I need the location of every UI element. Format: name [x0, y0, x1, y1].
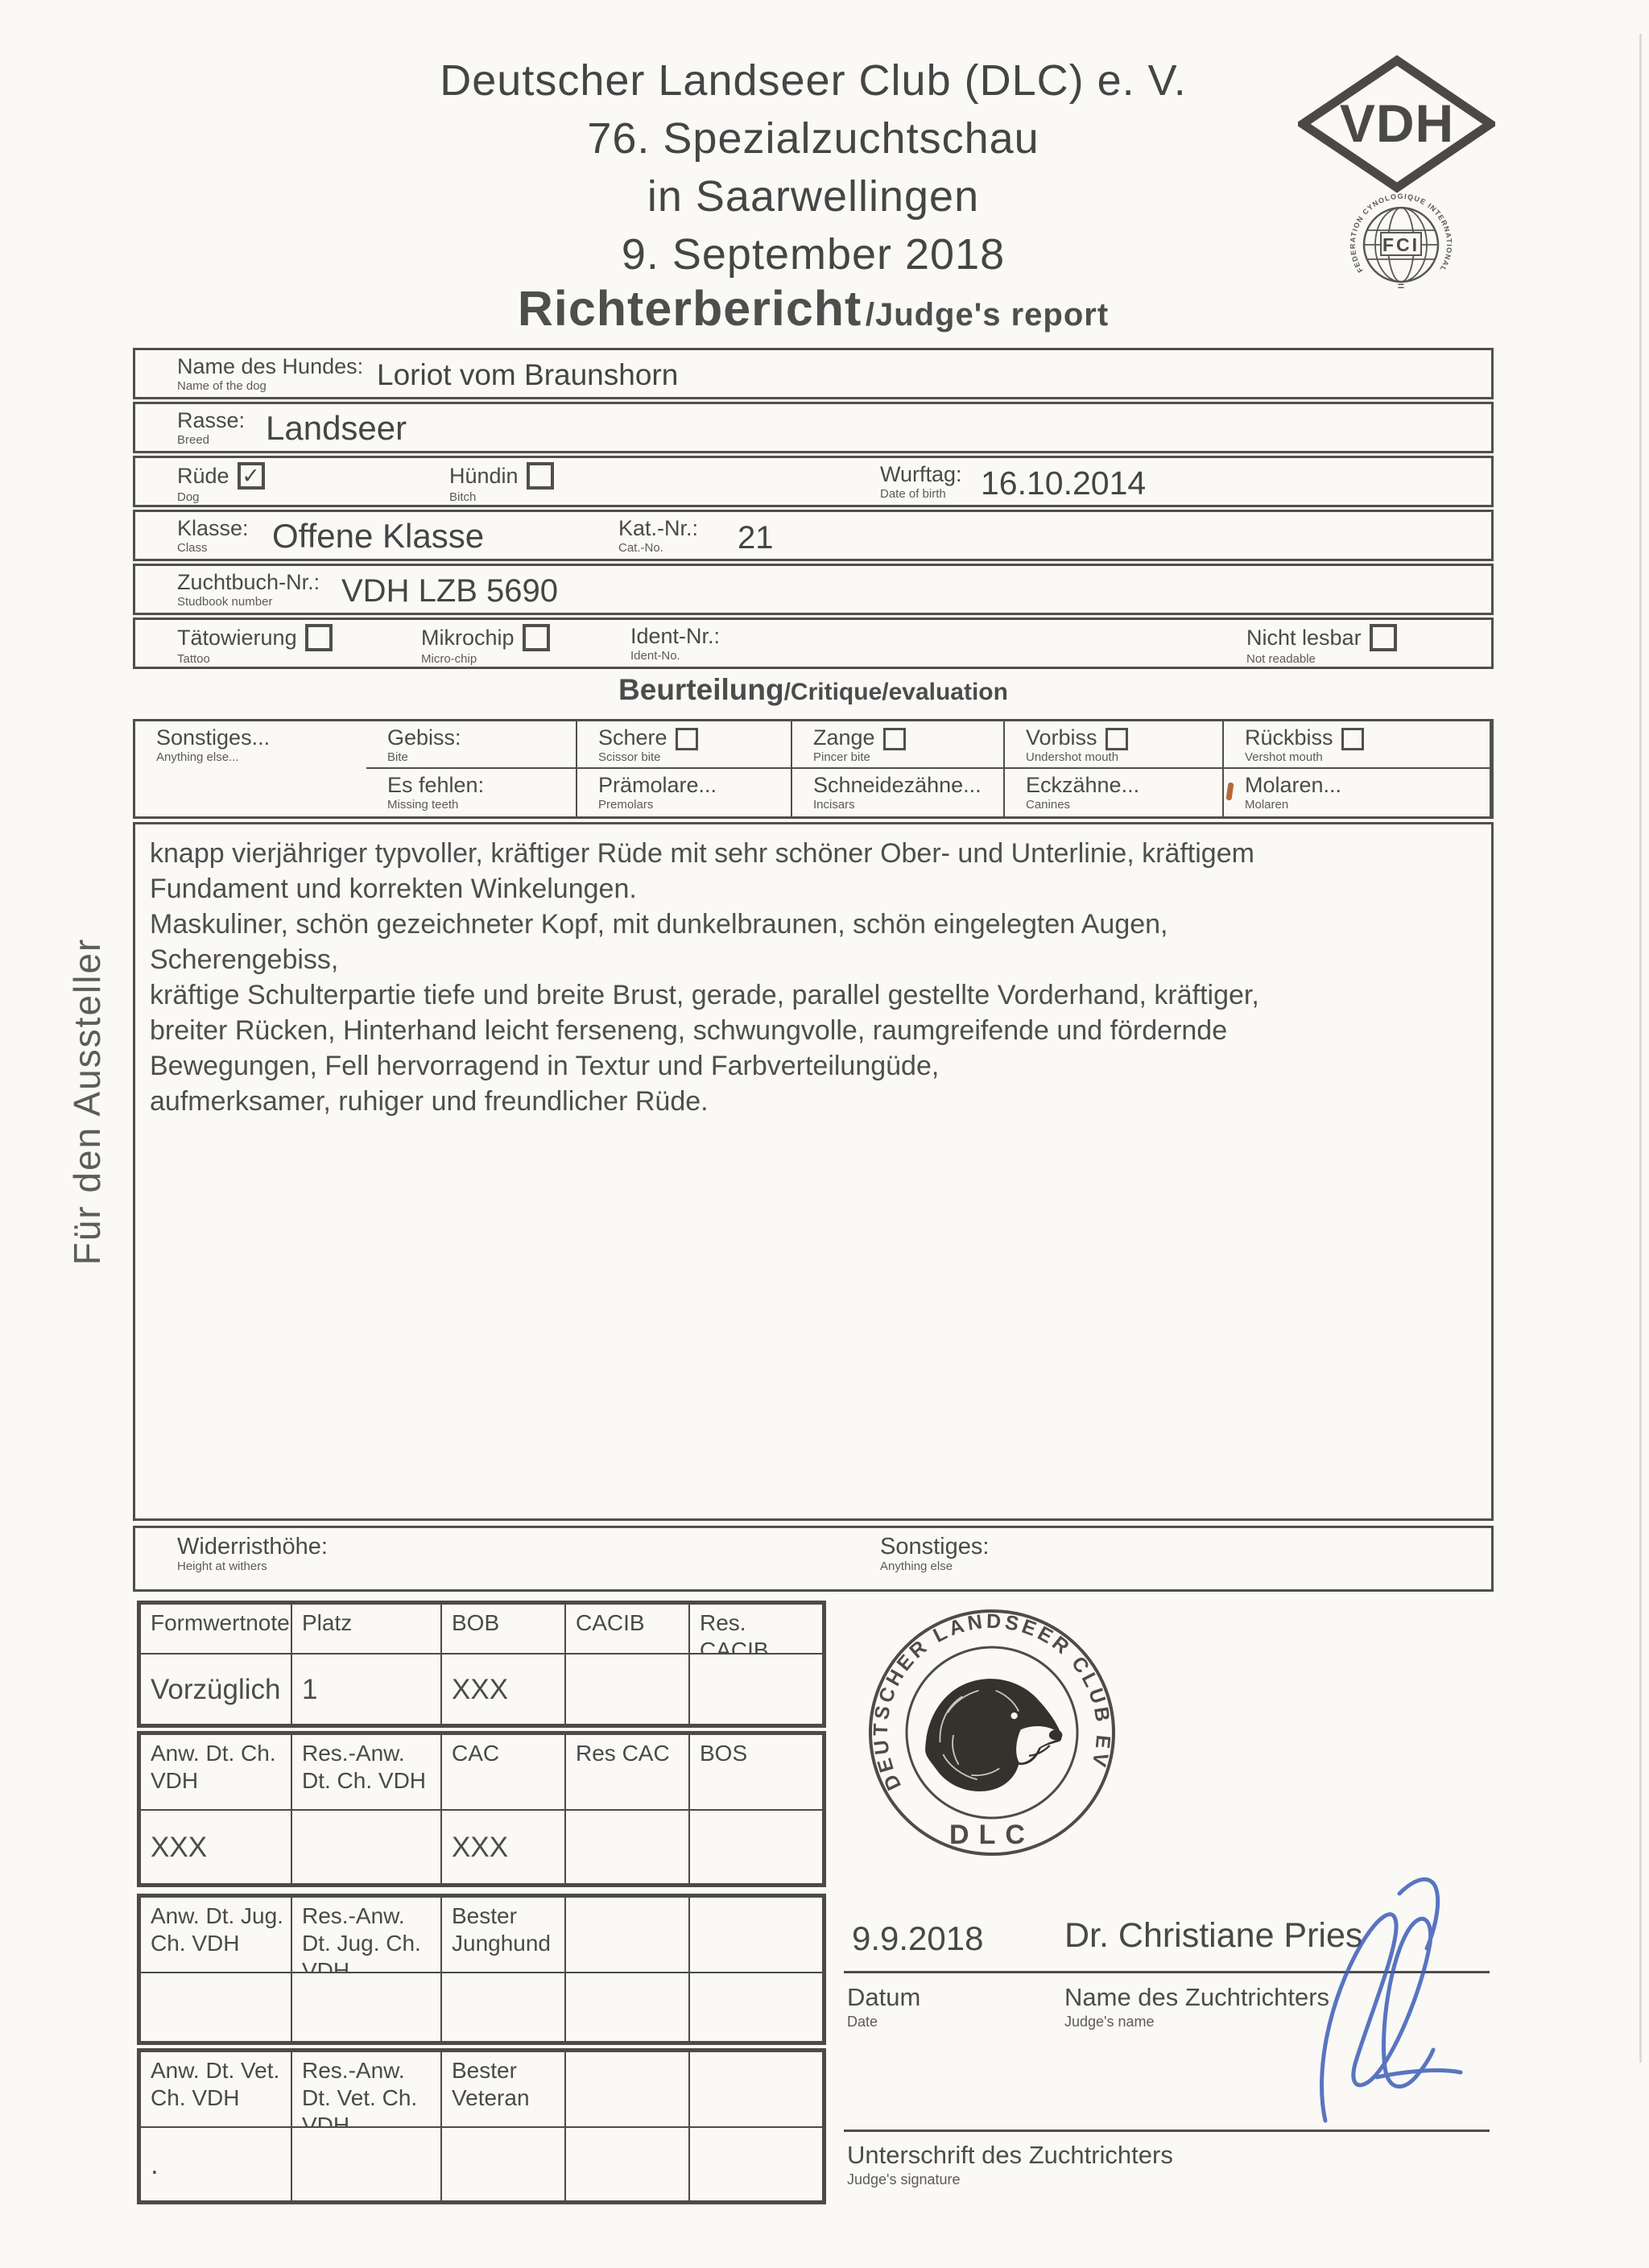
- schere-checkbox[interactable]: [676, 728, 698, 750]
- column-header: CACIB: [566, 1605, 690, 1655]
- bite-cell-sonstiges: Sonstiges... Anything else...: [135, 721, 366, 816]
- svg-text:=: =: [1398, 279, 1404, 292]
- breed-label: Rasse: Breed: [177, 408, 245, 448]
- bite-cell-rueckbiss: Rückbiss Vershot mouth: [1224, 721, 1491, 769]
- bite-cell-vorbiss: Vorbiss Undershot mouth: [1005, 721, 1224, 769]
- show-date: 9. September 2018: [133, 225, 1494, 283]
- svg-text:FCI: FCI: [1382, 234, 1420, 255]
- fci-logo-icon: FCI FEDERATION CYNOLOGIQUE INTERNATIONAL…: [1338, 190, 1464, 302]
- column-header: Res.-Anw. Dt. Ch. VDH: [292, 1735, 442, 1811]
- table-cell: [566, 2128, 690, 2200]
- column-header: BOB: [442, 1605, 566, 1655]
- table-cell: [566, 1973, 690, 2041]
- form-row-breed: Rasse: Breed Landseer: [133, 402, 1494, 453]
- anything-else-label: Sonstiges: Anything else: [880, 1535, 989, 1574]
- microchip-label: Mikrochip: [421, 626, 515, 650]
- studbook-value: VDH LZB 5690: [341, 573, 558, 609]
- bite-cell-schneidezaehne: Schneidezähne... Incisars: [792, 769, 1005, 816]
- report-title: Richterbericht /Judge's report: [133, 280, 1494, 337]
- cat-no-label: Kat.-Nr.: Cat.-No.: [618, 516, 698, 556]
- tattoo-label: Tätowierung: [177, 626, 297, 650]
- table-cell: [690, 2128, 822, 2200]
- table-cell: [141, 1973, 292, 2041]
- res-cac-value: [566, 1811, 690, 1883]
- bite-cell-molaren: Molaren... Molaren: [1224, 769, 1491, 816]
- microchip-checkbox[interactable]: [523, 624, 550, 651]
- zange-checkbox[interactable]: [883, 728, 906, 750]
- show-number: 76. Spezialzuchtschau: [133, 109, 1494, 167]
- column-header: BOS: [690, 1735, 822, 1811]
- dog-name-value: Loriot vom Braunshorn: [377, 358, 678, 392]
- male-field: Rüde✓ Dog: [177, 462, 265, 505]
- critique-line: aufmerksamer, ruhiger und freundlicher R…: [150, 1084, 1477, 1119]
- column-header: [690, 1898, 822, 1973]
- table-cell: [442, 1973, 566, 2041]
- table-cell: [292, 1973, 442, 2041]
- scan-edge-artifact: [1639, 34, 1642, 2063]
- column-header: Res.-Anw. Dt. Jug. Ch. VDH: [292, 1898, 442, 1973]
- critique-line: Fundament und korrekten Winkelungen.: [150, 871, 1477, 907]
- breed-value: Landseer: [266, 409, 407, 448]
- form-row-studbook: Zuchtbuch-Nr.: Studbook number VDH LZB 5…: [133, 564, 1494, 615]
- critique-line: Scherengebiss,: [150, 942, 1477, 977]
- grade-value: Vorzüglich: [141, 1655, 292, 1724]
- not-readable-label: Nicht lesbar: [1246, 626, 1362, 650]
- female-field: Hündin Bitch: [449, 462, 554, 505]
- place-value: 1: [292, 1655, 442, 1724]
- results-table-junior: Anw. Dt. Jug. Ch. VDH Res.-Anw. Dt. Jug.…: [137, 1894, 826, 2045]
- date-value: 9.9.2018: [852, 1919, 984, 1958]
- form-row-identification: Tätowierung Tattoo Mikrochip Micro-chip …: [133, 618, 1494, 669]
- evaluation-heading: Beurteilung/Critique/evaluation: [133, 673, 1494, 707]
- vdh-logo-icon: VDH: [1298, 53, 1495, 199]
- cacib-value: [566, 1655, 690, 1724]
- dog-name-label: Name des Hundes: Name of the dog: [177, 354, 363, 394]
- bite-cell-gebiss: Gebiss: Bite: [366, 721, 577, 769]
- bob-value: XXX: [442, 1655, 566, 1724]
- svg-text:DLC: DLC: [949, 1820, 1035, 1850]
- exhibitor-vertical-label: Für den Aussteller: [65, 938, 109, 1266]
- female-checkbox[interactable]: [527, 462, 554, 490]
- scanned-judges-report-page: Deutscher Landseer Club (DLC) e. V. 76. …: [0, 0, 1649, 2268]
- column-header: Res.-Anw. Dt. Vet. Ch. VDH: [292, 2052, 442, 2128]
- rueckbiss-checkbox[interactable]: [1341, 728, 1364, 750]
- column-header: Formwertnote: [141, 1605, 292, 1655]
- critique-line: knapp vierjähriger typvoller, kräftiger …: [150, 836, 1477, 871]
- critique-line: Maskuliner, schön gezeichneter Kopf, mit…: [150, 907, 1477, 942]
- vorbiss-checkbox[interactable]: [1106, 728, 1128, 750]
- critique-text-box: knapp vierjähriger typvoller, kräftiger …: [133, 822, 1494, 1521]
- male-checkbox[interactable]: ✓: [238, 462, 265, 490]
- bite-cell-fehlen: Es fehlen: Missing teeth: [366, 769, 577, 816]
- tattoo-field: Tätowierung Tattoo: [177, 624, 333, 667]
- female-label: Hündin: [449, 464, 519, 488]
- studbook-label: Zuchtbuch-Nr.: Studbook number: [177, 570, 320, 609]
- event-header: Deutscher Landseer Club (DLC) e. V. 76. …: [133, 52, 1494, 283]
- bite-table: Gebiss: Bite Schere Scissor bite Zange P…: [133, 719, 1494, 819]
- class-value: Offene Klasse: [272, 517, 484, 556]
- withers-label: Widerristhöhe: Height at withers: [177, 1535, 328, 1574]
- club-title: Deutscher Landseer Club (DLC) e. V.: [133, 52, 1494, 109]
- bite-cell-praemolare: Prämolare... Premolars: [577, 769, 792, 816]
- withers-row: Widerristhöhe: Height at withers Sonstig…: [133, 1526, 1494, 1592]
- cac-value: XXX: [442, 1811, 566, 1883]
- svg-text:VDH: VDH: [1340, 93, 1454, 153]
- judge-signature-handwriting: [1303, 1861, 1472, 2131]
- column-header: Res. CACIB: [690, 1605, 822, 1655]
- male-label: Rüde: [177, 464, 229, 488]
- column-header: Anw. Dt. Jug. Ch. VDH: [141, 1898, 292, 1973]
- form-row-sex-birth: Rüde✓ Dog Hündin Bitch Wurftag: Date of …: [133, 456, 1494, 507]
- show-location: in Saarwellingen: [133, 167, 1494, 225]
- datum-label: Datum Date: [847, 1982, 920, 2031]
- column-header: CAC: [442, 1735, 566, 1811]
- form-row-class: Klasse: Class Offene Klasse Kat.-Nr.: Ca…: [133, 510, 1494, 561]
- column-header: Bester Junghund: [442, 1898, 566, 1973]
- table-cell: [442, 2128, 566, 2200]
- form-row-dog-name: Name des Hundes: Name of the dog Loriot …: [133, 348, 1494, 399]
- tattoo-checkbox[interactable]: [305, 624, 333, 651]
- microchip-field: Mikrochip Micro-chip: [421, 624, 550, 667]
- not-readable-checkbox[interactable]: [1370, 624, 1397, 651]
- table-cell: [292, 2128, 442, 2200]
- anw-ch-value: XXX: [141, 1811, 292, 1883]
- bite-cell-schere: Schere Scissor bite: [577, 721, 792, 769]
- bite-cell-zange: Zange Pincer bite: [792, 721, 1005, 769]
- table-cell: .: [141, 2128, 292, 2200]
- column-header: Bester Veteran: [442, 2052, 566, 2128]
- res-cacib-value: [690, 1655, 822, 1724]
- landseer-head-drawing: [925, 1679, 1062, 1791]
- column-header: [566, 2052, 690, 2128]
- class-label: Klasse: Class: [177, 516, 249, 556]
- report-title-en: /Judge's report: [866, 297, 1109, 333]
- dlc-club-seal: DEUTSCHER LANDSEER CLUB EV DLC: [863, 1604, 1121, 1865]
- table-cell: [690, 1973, 822, 2041]
- judge-signature-label: Unterschrift des Zuchtrichters Judge's s…: [847, 2140, 1173, 2189]
- critique-line: kräftige Schulterpartie tiefe und breite…: [150, 977, 1477, 1013]
- critique-line: breiter Rücken, Hinterhand leicht fersen…: [150, 1013, 1477, 1048]
- not-readable-field: Nicht lesbar Not readable: [1246, 624, 1397, 667]
- cat-no-value: 21: [738, 520, 774, 556]
- report-title-de: Richterbericht: [518, 281, 862, 336]
- column-header: Res CAC: [566, 1735, 690, 1811]
- results-table-veteran: Anw. Dt. Vet. Ch. VDH Res.-Anw. Dt. Vet.…: [137, 2048, 826, 2204]
- column-header: Platz: [292, 1605, 442, 1655]
- bos-value: [690, 1811, 822, 1883]
- judge-name-label: Name des Zuchtrichters Judge's name: [1064, 1982, 1329, 2031]
- birth-label: Wurftag: Date of birth: [880, 462, 962, 502]
- critique-line: Bewegungen, Fell hervorragend in Textur …: [150, 1048, 1477, 1084]
- column-header: Anw. Dt. Vet. Ch. VDH: [141, 2052, 292, 2128]
- column-header: [566, 1898, 690, 1973]
- res-anw-ch-value: [292, 1811, 442, 1883]
- birth-value: 16.10.2014: [981, 465, 1146, 502]
- column-header: [690, 2052, 822, 2128]
- column-header: Anw. Dt. Ch. VDH: [141, 1735, 292, 1811]
- bite-cell-eckzaehne: Eckzähne... Canines: [1005, 769, 1224, 816]
- results-table-grade: Formwertnote Platz BOB CACIB Res. CACIB …: [137, 1601, 826, 1728]
- results-table-champion: Anw. Dt. Ch. VDH Res.-Anw. Dt. Ch. VDH C…: [137, 1731, 826, 1887]
- ident-no-label: Ident-Nr.: Ident-No.: [630, 624, 720, 663]
